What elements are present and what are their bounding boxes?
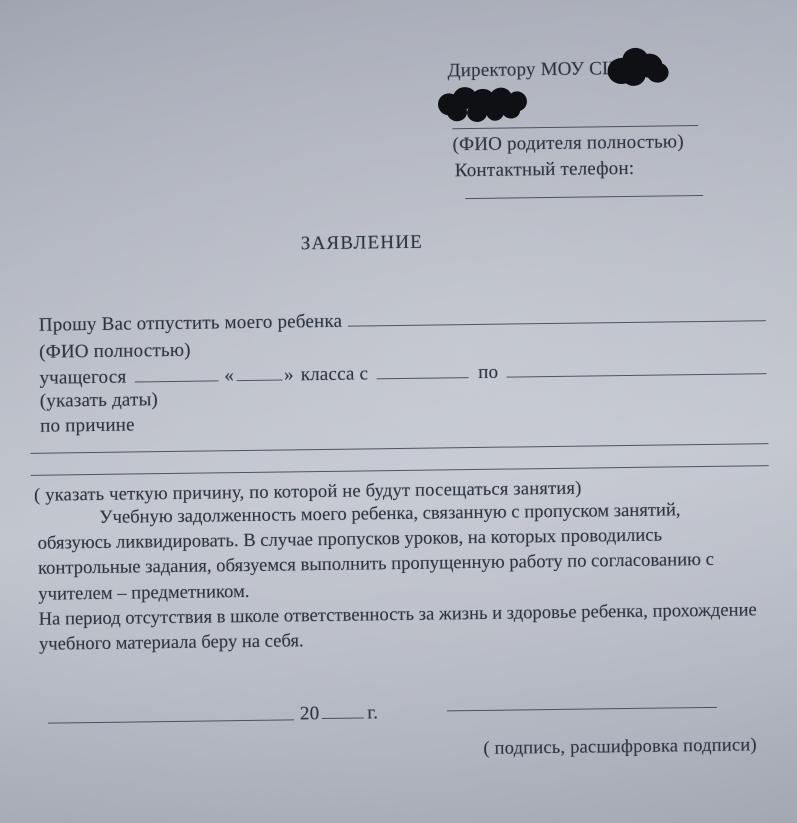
year-blank [322, 700, 364, 719]
date-to-blank [506, 356, 766, 377]
student-word: учащегося [39, 366, 126, 391]
reason-blank-line-1 [31, 443, 769, 454]
request-row: Прошу Вас отпустить моего ребенка [39, 303, 766, 338]
signature-blank-line [447, 707, 717, 712]
request-line-text: Прошу Вас отпустить моего ребенка [39, 310, 343, 338]
photographed-document: Директору МОУ СШ [0, 0, 797, 823]
child-name-blank [348, 303, 766, 326]
paper-sheet: Директору МОУ СШ [0, 0, 797, 823]
reason-blank-line-2 [31, 465, 769, 476]
signature-caption: ( подпись, расшифровка подписи) [483, 733, 757, 761]
quote-close: » [284, 363, 294, 387]
reason-label: по причине [40, 413, 135, 438]
fio-parent-caption: (ФИО родителя полностью) [452, 130, 684, 157]
year-prefix: 20 [300, 702, 320, 726]
class-letter-blank [236, 363, 282, 382]
phone-blank-line [465, 195, 703, 199]
obligation-paragraph: Учебную задолженность моего ребенка, свя… [37, 496, 757, 657]
dates-caption: (указать даты) [40, 388, 158, 414]
date-from-blank [376, 360, 468, 379]
to-word: по [478, 361, 498, 385]
year-group: 20 г. [300, 700, 379, 726]
grade-blank [134, 363, 218, 382]
class-word: класса с [301, 362, 369, 387]
date-blank-line [48, 719, 294, 723]
school-number-redaction-scribble [605, 44, 674, 91]
year-suffix: г. [367, 701, 378, 725]
quote-open: « [224, 364, 234, 388]
addressee-line: Директору МОУ СШ [447, 57, 621, 83]
parent-name-blank-line [452, 125, 698, 129]
parent-name-redaction-scribble [437, 83, 534, 124]
fio-caption: (ФИО полностью) [39, 339, 191, 365]
document-title: ЗАЯВЛЕНИЕ [301, 231, 424, 257]
phone-label: Контактный телефон: [455, 157, 635, 183]
